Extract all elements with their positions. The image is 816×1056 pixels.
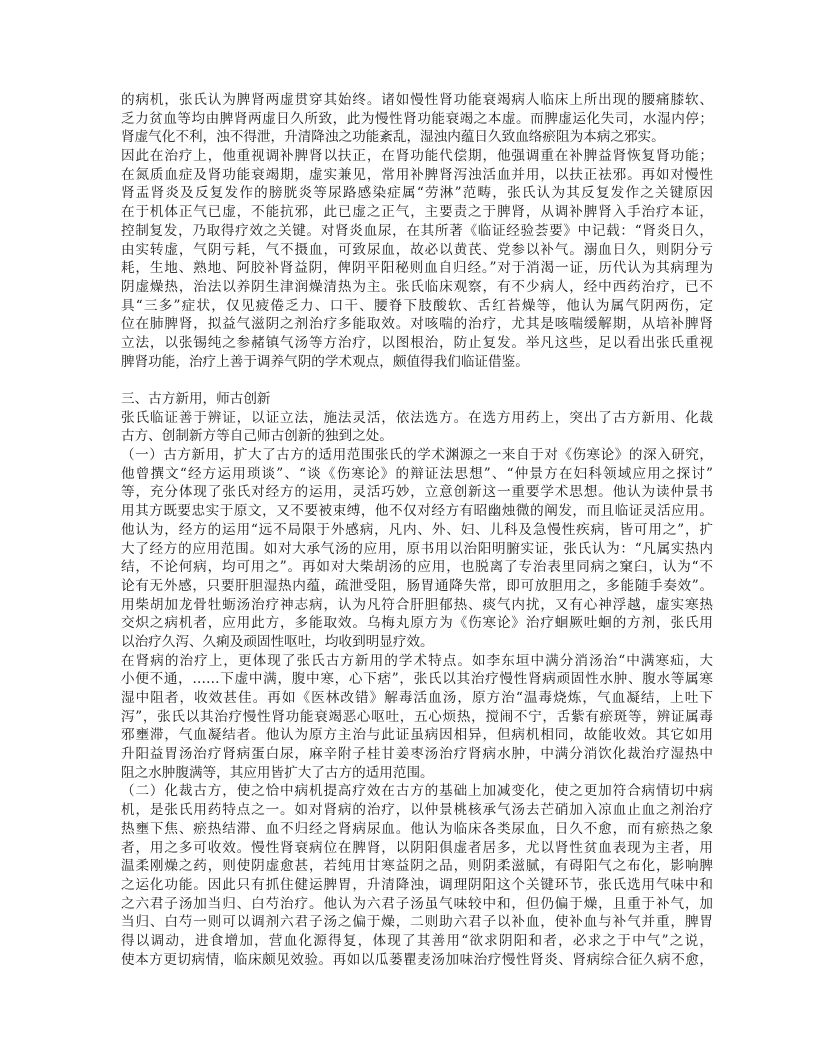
text-line: 他曾撰文“经方运用琐谈”、“谈《伤寒论》的辩证法思想”、“仲景方在妇科领域应用之… xyxy=(121,465,713,484)
text-line: 小便不通，……下虚中满，腹中寒，心下痞”，张氏以其治疗慢性肾病顽固性水肿、腹水等… xyxy=(121,670,713,689)
text-line: 得以调动，进食增加，营血化源得复，体现了其善用“欲求阴阳和者，必求之于中气”之说… xyxy=(121,932,713,951)
text-line: 机，是张氏用药特点之一。如对肾病的治疗，以仲景桃核承气汤去芒硝加入凉血止血之剂治… xyxy=(121,801,713,820)
text-line: 在氮质血症及肾功能衰竭期，虚实兼见，常用补脾肾泻浊活血并用，以扶正祛邪。再如对慢… xyxy=(121,166,713,185)
text-line: 脾肾功能，治疗上善于调养气阴的学术观点，颇值得我们临证借鉴。 xyxy=(121,353,713,372)
text-line: 乏力贫血等均由脾肾两虚日久所致，此为慢性肾功能衰竭之本虚。而脾虚运化失司，水湿内… xyxy=(121,110,713,129)
paragraph-ancient-formulas-new-use: （一）古方新用，扩大了古方的适用范围张氏的学术渊源之一来自于对《伤寒论》的深入研… xyxy=(121,446,713,652)
text-line: 大了经方的应用范围。如对大承气汤的应用，原书用以治阳明腑实证，张氏认为：“凡属实… xyxy=(121,540,713,559)
blank-line xyxy=(121,371,713,390)
text-line: 由实转虚，气阴亏耗，气不摄血，可致尿血，故必以黄芪、党参以补气。溺血日久，则阴分… xyxy=(121,241,713,260)
text-line: 泻”，张氏以其治疗慢性肾功能衰竭恶心呕吐，五心烦热，搅闹不宁，舌紫有瘀斑等，辨证… xyxy=(121,708,713,727)
text-line: 位在肺脾肾，拟益气滋阴之剂治疗多能取效。对咳喘的治疗，尤其是咳喘缓解期，从培补脾… xyxy=(121,315,713,334)
paragraph-pathogenesis: 的病机，张氏认为脾肾两虚贯穿其始终。诸如慢性肾功能衰竭病人临床上所出现的腰痛膝软… xyxy=(121,91,713,147)
text-line: 结，不论何病，均可用之”。再如对大柴胡汤的应用，也脱离了专治表里同病之窠臼，认为… xyxy=(121,558,713,577)
text-line: 肾虚气化不利，浊不得泄，升清降浊之功能紊乱，湿浊内蕴日久致血络瘀阻为本病之邪实。 xyxy=(121,128,713,147)
paragraph-intro: 张氏临证善于辨证，以证立法，施法灵活，依法选方。在选方用药上，突出了古方新用、化… xyxy=(121,409,713,446)
text-line: 具“三多”症状，仅见疲倦乏力、口干、腰脊下肢酸软、舌红苔燥等，他认为属气阴两伤，… xyxy=(121,297,713,316)
text-line: （一）古方新用，扩大了古方的适用范围张氏的学术渊源之一来自于对《伤寒论》的深入研… xyxy=(121,446,713,465)
text-line: 肾盂肾炎及反复发作的膀胱炎等尿路感染症属“劳淋”范畴，张氏认为其反复发作之关键原… xyxy=(121,184,713,203)
text-line: 的病机，张氏认为脾肾两虚贯穿其始终。诸如慢性肾功能衰竭病人临床上所出现的腰痛膝软… xyxy=(121,91,713,110)
text-line: 阴虚燥热，治法以养阴生津润燥清热为主。张氏临床观察，有不少病人，经中西药治疗，已… xyxy=(121,278,713,297)
text-line: 用其方既要忠实于原文，又不要被束缚，他不仅对经方有昭幽烛微的阐发，而且临证灵活应… xyxy=(121,502,713,521)
text-line: 交炽之病机者，应用此方，多能取效。乌梅丸原方为《伤寒论》治疗蛔厥吐蛔的方剂，张氏… xyxy=(121,614,713,633)
text-line: 者，用之多可收效。慢性肾衰病位在脾肾，以阴阳俱虚者居多，尤以肾性贫血表现为主者，… xyxy=(121,839,713,858)
text-line: 他认为，经方的运用“远不局限于外感病，凡内、外、妇、儿科及急慢性疾病，皆可用之”… xyxy=(121,521,713,540)
text-line: 热壅下焦、瘀热结滞、血不归经之肾病尿血。他认为临床各类尿血，日久不愈，而有瘀热之… xyxy=(121,820,713,839)
section-heading: 三、古方新用，师古创新 xyxy=(121,390,713,409)
text-line: 用柴胡加龙骨牡蛎汤治疗神志病，认为凡符合肝胆郁热、痰气内扰，又有心神浮越，虚实寒… xyxy=(121,596,713,615)
paragraph-modified-formulas: （二）化裁古方，使之恰中病机提高疗效在古方的基础上加减变化，使之更加符合病情切中… xyxy=(121,782,713,969)
text-line: 在肾病的治疗上，更体现了张氏古方新用的学术特点。如李东垣中满分消汤治“中满寒疝，… xyxy=(121,652,713,671)
text-line: 耗，生地、熟地、阿胶补肾益阴，俾阴平阳秘则血自归经。”对于消渴一证，历代认为其病… xyxy=(121,259,713,278)
text-line: 古方、创制新方等自己师古创新的独到之处。 xyxy=(121,427,713,446)
text-line: 以治疗久泻、久痢及顽固性呕吐，均收到明显疗效。 xyxy=(121,633,713,652)
text-line: 之六君子汤加当归、白芍治疗。他认为六君子汤虽气味较中和，但仍偏于燥，且重于补气，… xyxy=(121,895,713,914)
section-title: 三、古方新用，师古创新 xyxy=(121,390,713,409)
text-line: 升阳益胃汤治疗肾病蛋白尿，麻辛附子桂甘姜枣汤治疗肾病水肿，中满分消饮化裁治疗湿热… xyxy=(121,745,713,764)
text-line: 因此在治疗上，他重视调补脾肾以扶正，在肾功能代偿期，他强调重在补脾益肾恢复肾功能… xyxy=(121,147,713,166)
text-line: 在于机体正气已虚，不能抗邪，此已虚之正气，主要责之于脾肾，从调补脾肾入手治疗本证… xyxy=(121,203,713,222)
text-line: 当归、白芍一则可以调剂六君子汤之偏于燥，二则助六君子以补血，使补血与补气并重，脾… xyxy=(121,913,713,932)
paragraph-treatment: 因此在治疗上，他重视调补脾肾以扶正，在肾功能代偿期，他强调重在补脾益肾恢复肾功能… xyxy=(121,147,713,371)
text-line: 阻之水肿腹满等，其应用皆扩大了古方的适用范围。 xyxy=(121,764,713,783)
text-line: 论有无外感，只要肝胆湿热内蕴，疏泄受阻，肠胃通降失常，即可放胆用之，多能随手奏效… xyxy=(121,577,713,596)
text-line: 使本方更切病情，临床颇见效验。再如以瓜蒌瞿麦汤加味治疗慢性肾炎、肾病综合征久病不… xyxy=(121,951,713,970)
document-page: 的病机，张氏认为脾肾两虚贯穿其始终。诸如慢性肾功能衰竭病人临床上所出现的腰痛膝软… xyxy=(121,91,713,969)
paragraph-kidney-disease: 在肾病的治疗上，更体现了张氏古方新用的学术特点。如李东垣中满分消汤治“中满寒疝，… xyxy=(121,652,713,783)
text-line: 之运化功能。因此只有抓住健运脾胃，升清降浊，调理阴阳这个关键环节，张氏选用气味中… xyxy=(121,876,713,895)
text-line: 立法，以张锡纯之参赭镇气汤等方治疗，以图根治，防止复发。举凡这些，足以看出张氏重… xyxy=(121,334,713,353)
text-line: 湿中阻者，收效甚佳。再如《医林改错》解毒活血汤，原方治“温毒烧炼，气血凝结，上吐… xyxy=(121,689,713,708)
text-line: 张氏临证善于辨证，以证立法，施法灵活，依法选方。在选方用药上，突出了古方新用、化… xyxy=(121,409,713,428)
text-line: 邪壅滞，气血凝结者。他认为原方主治与此证虽病因相异，但病机相同，故能收效。其它如… xyxy=(121,726,713,745)
text-line: 温柔刚燥之药，则使阴虚愈甚，若纯用甘寒益阴之品，则阴柔滋腻，有碍阳气之布化，影响… xyxy=(121,857,713,876)
text-line: 控制复发，乃取得疗效之关键。对肾炎血尿，在其所著《临证经验荟要》中记载：“肾炎日… xyxy=(121,222,713,241)
text-line: 等，充分体现了张氏对经方的运用，灵活巧妙，立意创新这一重要学术思想。他认为读仲景… xyxy=(121,483,713,502)
text-line: （二）化裁古方，使之恰中病机提高疗效在古方的基础上加减变化，使之更加符合病情切中… xyxy=(121,782,713,801)
